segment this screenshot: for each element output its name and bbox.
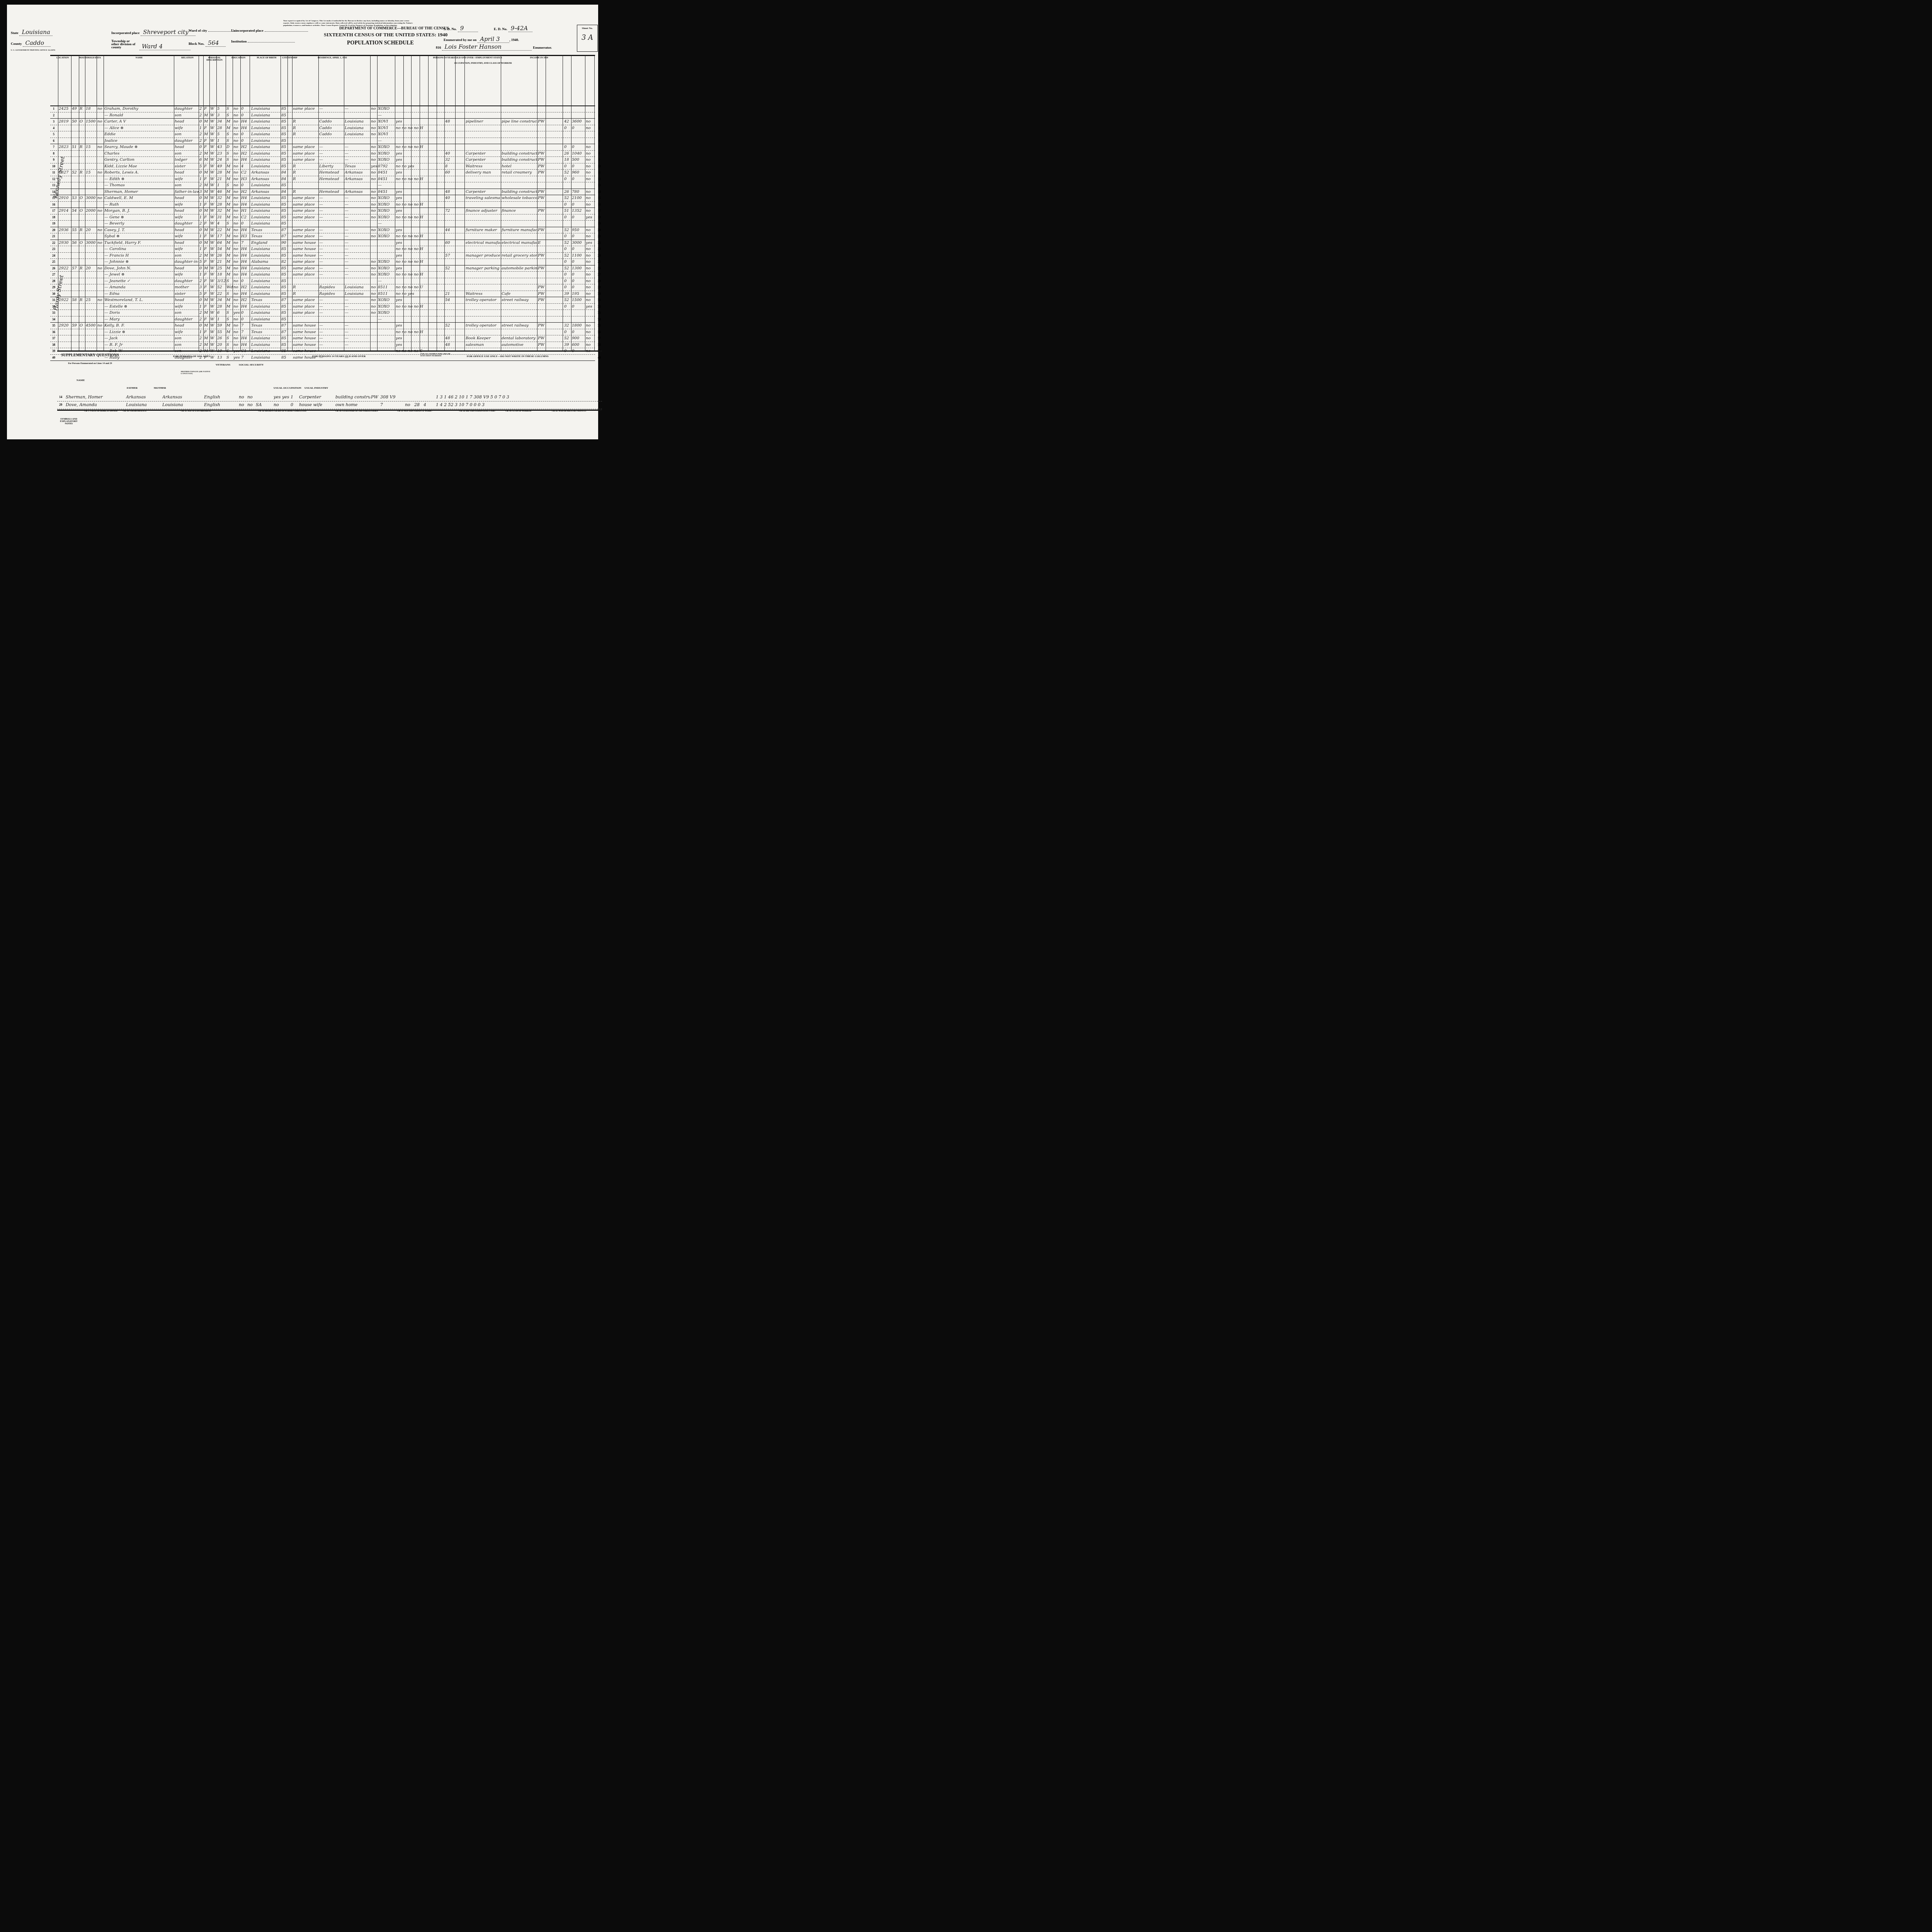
cell-name: — Doris [104,310,174,316]
cell-own [80,163,85,169]
cell-bcode: 85 [281,214,287,220]
cell-line: 12 [50,176,57,182]
cell-house [59,291,71,297]
cell-value [86,253,97,259]
cell-other: no [586,144,594,150]
cell-house [59,189,71,195]
cell-mar: M [226,208,233,214]
supp-cell-cls: PW [371,393,379,401]
cell-work: no no no no H [396,246,444,252]
cell-farm: no [97,323,104,328]
cell-race: W [210,246,216,252]
cell-rel: son [175,131,199,137]
cell-value [86,131,97,137]
cell-res: same house [293,335,318,341]
cell-wks: 51 [564,208,571,214]
cell-code: 2 [199,112,203,118]
sd-value: 9 [458,25,478,32]
cell-ind: pipe line construction [502,119,537,124]
table-row: 12— Edith ⊗wife1FW21MnoH3Arkansas84RHems… [50,176,595,183]
cell-sch: no [233,138,240,144]
cell-farm [97,131,104,137]
cell-cls: PW [538,323,545,328]
cell-grade: 7 [241,329,249,335]
cell-other: yes [586,214,594,220]
cell-value: 15 [86,144,97,150]
cell-grade: H4 [241,304,249,310]
cell-fam [72,310,79,316]
cell-farm [97,176,104,182]
cell-own [80,151,85,156]
cell-county35: — [319,233,344,239]
grid-line [250,55,250,350]
cell-wks [564,106,571,112]
cell-ind [502,125,537,131]
cell-occ [466,112,500,118]
cell-birth: Louisiana [251,182,281,188]
cell-fam: 56 [72,240,79,246]
cell-own [80,316,85,322]
cell-hours [445,202,455,207]
cell-inc: 0 [572,176,585,182]
cell-rel: head [175,208,199,214]
cell-name: — Ronald [104,112,174,118]
cell-codeD: XOXO [378,227,395,233]
cell-inc: 0 [572,214,585,220]
cell-state35: — [345,151,370,156]
cell-line: 18 [50,214,57,220]
cell-race: W [210,310,216,316]
cell-county35: — [319,297,344,303]
cell-farm35: no [371,291,377,297]
cell-own [80,253,85,259]
cell-work: yes [396,195,444,201]
cell-farm [97,291,104,297]
cell-mar: M [226,246,233,252]
cell-wks: 0 [564,259,571,265]
supplementary-questions: SUPPLEMENTARY QUESTIONS For Persons Enum… [57,350,602,411]
cell-own [80,112,85,118]
supp-cell-code: 7 [380,401,403,409]
cell-res: R [293,119,318,124]
cell-cls [538,202,545,207]
cell-wks [564,112,571,118]
ed-value: 9-42A [509,25,532,32]
supp-cell-tongue: English [204,401,235,409]
cell-hours [445,310,455,316]
cell-county35: — [319,144,344,150]
cell-grade: 7 [241,323,249,328]
cell-farm: no [97,170,104,175]
cell-fam [72,151,79,156]
cell-state35: — [345,106,370,112]
table-row: 9Gentry, Carltonlodger6MW24SnoH4Louisian… [50,157,595,163]
cell-race: W [210,125,216,131]
cell-farm35 [371,329,377,335]
cell-res: R [293,291,318,297]
cell-line: 20 [50,227,57,233]
cell-value [86,342,97,348]
cell-bcode: 85 [281,284,287,290]
cell-occ: Carpenter [466,157,500,163]
cell-name: — Alice ⊗ [104,125,174,131]
cell-sch: no [233,125,240,131]
cell-mar: S [226,151,233,156]
cell-line: 8 [50,151,57,156]
cell-bcode: 85 [281,195,287,201]
cell-mar: M [226,170,233,175]
cell-mar: M [226,227,233,233]
cell-bcode: 85 [281,131,287,137]
cell-occ [466,144,500,150]
cell-value [86,246,97,252]
cell-hours: 40 [445,195,455,201]
cell-line: 33 [50,310,57,316]
cell-mar: S [226,221,233,226]
supp-cell-line: 14 [57,393,64,401]
cell-own [80,246,85,252]
cell-state35: — [345,246,370,252]
supp-cell-vet: no [239,401,247,409]
cell-wks: 18 [564,157,571,163]
cell-sch: no [233,240,240,246]
cell-county35: Hemstead [319,170,344,175]
cell-grade: 4 [241,163,249,169]
cell-bcode: 85 [281,310,287,316]
cell-occ [466,138,500,144]
cell-other: no [586,297,594,303]
table-row: 13— Thomasson2MW1Sno0Louisiana85—13 [50,182,595,189]
cell-farm35: no [371,119,377,124]
cell-line-right: 21 [596,233,603,239]
cell-birth: Arkansas [251,170,281,175]
cell-ind [502,138,537,144]
cell-wks: 26 [564,189,571,195]
cell-state35 [345,316,370,322]
cell-inc: 0 [572,304,585,310]
cell-county35 [319,138,344,144]
table-row: 31292258R25noWestmoreland, T. L.head0MW3… [50,297,595,304]
cell-line: 16 [50,202,57,207]
cell-work [396,106,444,112]
cell-occ: manager produce retail grocery [466,253,500,259]
cell-birth: Louisiana [251,144,281,150]
cell-own [80,189,85,195]
cell-rel: sister [175,291,199,297]
cell-farm35: no [371,214,377,220]
cell-codeD: XOXO [378,233,395,239]
cell-bcode: 85 [281,265,287,271]
cell-farm35: no [371,125,377,131]
cell-farm35: no [371,170,377,175]
cell-res: same house [293,329,318,335]
cell-wks: 0 [564,233,571,239]
cell-fam [72,316,79,322]
cell-mar: S [226,291,233,297]
cell-cls [538,329,545,335]
cell-race: W [210,291,216,297]
cell-farm35 [371,221,377,226]
cell-codeD: — [378,221,395,226]
cell-mar: S [226,157,233,163]
grid-line [464,55,465,350]
cell-line-right: 25 [596,259,603,265]
cell-wks: 52 [564,170,571,175]
cell-line: 7 [50,144,57,150]
cell-state35: — [345,233,370,239]
cell-age: 1 [217,182,226,188]
cell-occ [466,202,500,207]
cell-value [86,157,97,163]
cell-code: 3 [199,189,203,195]
cell-grade: 0 [241,278,249,284]
cell-cls: PW [538,342,545,348]
cell-farm35 [371,323,377,328]
cell-state35: Louisiana [345,119,370,124]
cell-codeD: XOXO [378,151,395,156]
cell-farm35: no [371,297,377,303]
cell-rel: head [175,240,199,246]
county-value: Caddo [23,39,51,47]
census-sheet: State Louisiana County Caddo Incorporate… [7,5,598,439]
cell-codeD: 8792 [378,163,395,169]
cell-work: yes [396,253,444,259]
supp-cell-mother: Arkansas [162,393,197,401]
cell-work: no no yes [396,291,444,297]
cell-farm35: no [371,144,377,150]
cell-race: W [210,151,216,156]
cell-fam [72,335,79,341]
cell-bcode: 87 [281,329,287,335]
cell-line: 28 [50,278,57,284]
cell-hours [445,125,455,131]
cell-wks [564,138,571,144]
supplementary-row: 29Dove, AmandaLouisianaLouisianaEnglishn… [57,401,602,409]
county-field: County Caddo [11,39,51,47]
cell-bcode: 85 [281,138,287,144]
cell-line-right: 22 [596,240,603,246]
cell-ind: automotive [502,342,537,348]
cell-state35: — [345,240,370,246]
cell-fam [72,131,79,137]
grid-line [71,55,71,350]
cell-sex: M [204,297,209,303]
cell-codeD: XOVI [378,125,395,131]
cell-bcode: 85 [281,278,287,284]
cell-own [80,342,85,348]
grid-line [377,55,378,350]
cell-sch: no [233,227,240,233]
cell-line: 32 [50,304,57,310]
cell-wks: 0 [564,304,571,310]
cell-rel: wife [175,272,199,277]
cell-res: R [293,189,318,195]
cell-inc: 1500 [572,297,585,303]
cell-inc: 1040 [572,151,585,156]
cell-ind: hotel [502,163,537,169]
cell-value [86,304,97,310]
cell-mar: M [226,259,233,265]
cell-rel: son [175,342,199,348]
cell-name: Eddie [104,131,174,137]
table-row: 29— Amandamother3FW52WdnoH2Louisiana85RR… [50,284,595,291]
cell-code: 0 [199,297,203,303]
cell-own: R [80,170,85,175]
cell-hours [445,221,455,226]
cell-line-right: 34 [596,316,603,322]
column-header-band: LOCATION HOUSEHOLD DATA NAME RELATION PE… [50,55,595,106]
cell-state35: — [345,329,370,335]
table-row: 34— Marydaughter2FW1Sno0Louisiana85—34 [50,316,595,323]
cell-res: same place [293,144,318,150]
cell-inc: 600 [572,342,585,348]
cell-work [396,310,444,316]
cell-other [586,138,594,144]
supp-cell-ss2 [282,401,290,409]
cell-birth: Louisiana [251,214,281,220]
cell-race: W [210,131,216,137]
cell-age: 64 [217,240,226,246]
census-title: SIXTEENTH CENSUS OF THE UNITED STATES: 1… [324,32,447,38]
cell-county35: — [319,304,344,310]
cell-other [586,316,594,322]
cell-sex: F [204,284,209,290]
cell-work: no no no no H [396,259,444,265]
cell-farm: no [97,297,104,303]
cell-value: 15 [86,170,97,175]
cell-bcode: 85 [281,304,287,310]
cell-line: 9 [50,157,57,163]
grid-line [287,55,288,350]
cell-sch: no [233,221,240,226]
cell-wks: 0 [564,202,571,207]
cell-occ: trolley operator [466,297,500,303]
cell-fam: 49 [72,106,79,112]
cell-codeD: 8451 [378,189,395,195]
cell-code: 2 [199,182,203,188]
cell-farm [97,112,104,118]
cell-inc: 0 [572,278,585,284]
cell-name: Searcy, Maude ⊗ [104,144,174,150]
cell-farm35 [371,112,377,118]
cell-code: 0 [199,323,203,328]
cell-birth: Texas [251,233,281,239]
cell-work: no no no no H [396,272,444,277]
cell-codeD: 8451 [378,176,395,182]
cell-mar: M [226,233,233,239]
cell-sch: no [233,170,240,175]
cell-cls: PW [538,195,545,201]
cell-occ: Carpenter [466,151,500,156]
cell-name: Sherman, Homer [104,189,174,195]
cell-race: W [210,138,216,144]
cell-line-right: 37 [596,335,603,341]
cell-age: 5 [217,106,226,112]
cell-birth: Louisiana [251,131,281,137]
cell-value [86,335,97,341]
cell-sch: no [233,259,240,265]
table-row: 35292059O4500noKelly, B. F.head0MW59Mno7… [50,323,595,329]
cell-name: — Johnnie ⊗ [104,259,174,265]
cell-wks [564,221,571,226]
cell-farm [97,246,104,252]
cell-line: 11 [50,170,57,175]
cell-res: R [293,176,318,182]
cell-hours [445,112,455,118]
cell-county35: — [319,259,344,265]
cell-ind [502,106,537,112]
cell-age: 32 [217,195,226,201]
cell-res: same house [293,253,318,259]
cell-house [59,163,71,169]
table-row: 24— Francis Hson2MW26MnoH4Louisiana85sam… [50,253,595,259]
cell-race: W [210,233,216,239]
cell-house: 2914 [59,208,71,214]
supp-cell-ss3: 1 [291,393,297,401]
cell-name: — Beverly [104,221,174,226]
cell-res: same place [293,227,318,233]
cell-fam [72,304,79,310]
cell-farm: no [97,144,104,150]
cell-other: no [586,157,594,163]
cell-cls: PW [538,265,545,271]
cell-sch: no [233,265,240,271]
cell-inc: 0 [572,125,585,131]
cell-farm35: no [371,265,377,271]
cell-own [80,335,85,341]
cell-fam: 59 [72,323,79,328]
cell-mar: M [226,163,233,169]
cell-fam: 58 [72,297,79,303]
cell-line: 23 [50,246,57,252]
cell-ind: furniture manufacturing [502,227,537,233]
grid-line [501,55,501,350]
cell-cls: PW [538,253,545,259]
cell-rel: son [175,151,199,156]
cell-occ [466,125,500,131]
cell-age: 43 [217,144,226,150]
cell-farm35: yes [371,163,377,169]
cell-grade: 0 [241,138,249,144]
cell-own [80,214,85,220]
cell-inc: 3000 [572,240,585,246]
cell-line-right: 4 [596,125,603,131]
cell-bcode: 85 [281,119,287,124]
cell-inc [572,106,585,112]
cell-code: 2 [199,151,203,156]
cell-race: W [210,157,216,163]
cell-name: — Jeanette ✓ [104,278,174,284]
cell-farm: no [97,240,104,246]
cell-mar: S [226,138,233,144]
cell-sex: M [204,342,209,348]
cell-farm35: no [371,284,377,290]
table-row: 25— Johnnie ⊗daughter-in-law5FW21MnoH4Al… [50,259,595,265]
grid-line [216,55,217,350]
cell-other [586,221,594,226]
cell-birth: Louisiana [251,221,281,226]
cell-mar: M [226,125,233,131]
cell-fam [72,253,79,259]
cell-code: 0 [199,195,203,201]
cell-name: — Amanda [104,284,174,290]
cell-codeD: — [378,278,395,284]
cell-line-right: 32 [596,304,603,310]
cell-state35: — [345,304,370,310]
cell-birth: Louisiana [251,335,281,341]
grid-line [395,55,395,350]
cell-state35: — [345,335,370,341]
